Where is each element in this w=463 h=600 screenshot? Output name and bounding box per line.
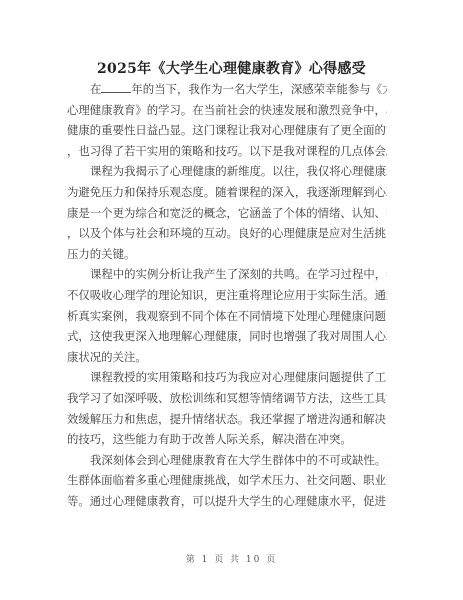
- paragraph-line: 生群体面临着多重心理健康挑战，如学术压力、社交问题、职业规划: [67, 470, 387, 491]
- line-text: 年的当下，我作为一名大学生，深感荣幸能参与《大学生: [131, 82, 387, 96]
- paragraph-line: 的技巧，这些能力有助于改善人际关系，解决潜在冲突。: [67, 429, 387, 450]
- fill-in-blank: [101, 80, 131, 93]
- paragraph-line: 我学习了如深呼吸、放松训练和冥想等情绪调节方法，这些工具能有: [67, 388, 387, 409]
- paragraph-line: ，以及个体与社会和环境的互动。良好的心理健康是应对生活挑战和: [67, 223, 387, 244]
- paragraph-line: 课程中的实例分析让我产生了深刻的共鸣。在学习过程中，我们: [67, 264, 387, 285]
- paragraph-line: 我深刻体会到心理健康教育在大学生群体中的不可或缺性。大学: [67, 450, 387, 471]
- paragraph-line: 不仅吸收心理学的理论知识，更注重将理论应用于实际生活。通过分: [67, 285, 387, 306]
- paragraph-line: 压力的关键。: [67, 244, 387, 265]
- paragraph-line: ，也习得了若干实用的策略和技巧。以下是我对课程的几点体会。: [67, 141, 387, 162]
- document-page: 2025年《大学生心理健康教育》心得感受 在年的当下，我作为一名大学生，深感荣幸…: [0, 0, 463, 600]
- paragraph-line: 效缓解压力和焦虑，提升情绪状态。我还掌握了增进沟通和解决问题: [67, 409, 387, 430]
- paragraph-line: 式，这使我更深入地理解心理健康，同时也增强了我对周围人心理健: [67, 326, 387, 347]
- paragraph-line: 课程教授的实用策略和技巧为我应对心理健康问题提供了工具。: [67, 367, 387, 388]
- paragraph-line: 康是一个更为综合和宽泛的概念，它涵盖了个体的情绪、认知、行为: [67, 203, 387, 224]
- paragraph-line: 健康的重要性日益凸显。这门课程让我对心理健康有了更全面的认识: [67, 120, 387, 141]
- paragraph-line: 在年的当下，我作为一名大学生，深感荣幸能参与《大学生: [67, 79, 387, 100]
- paragraph-line: 为避免压力和保持乐观态度。随着课程的深入，我逐渐理解到心理健: [67, 182, 387, 203]
- document-body: 在年的当下，我作为一名大学生，深感荣幸能参与《大学生 心理健康教育》的学习。在当…: [67, 79, 387, 511]
- paragraph-line: 析真实案例，我观察到不同个体在不同情境下处理心理健康问题的方: [67, 306, 387, 327]
- paragraph-line: 等。通过心理健康教育，可以提升大学生的心理健康水平，促进他们: [67, 491, 387, 512]
- paragraph-line: 课程为我揭示了心理健康的新维度。以往，我仅将心理健康理解: [67, 161, 387, 182]
- paragraph-line: 心理健康教育》的学习。在当前社会的快速发展和激烈竞争中，心理: [67, 100, 387, 121]
- document-title: 2025年《大学生心理健康教育》心得感受: [0, 58, 463, 78]
- paragraph-line: 康状况的关注。: [67, 347, 387, 368]
- page-number-footer: 第 1 页 共 10 页: [0, 552, 463, 565]
- line-prefix: 在: [90, 82, 101, 96]
